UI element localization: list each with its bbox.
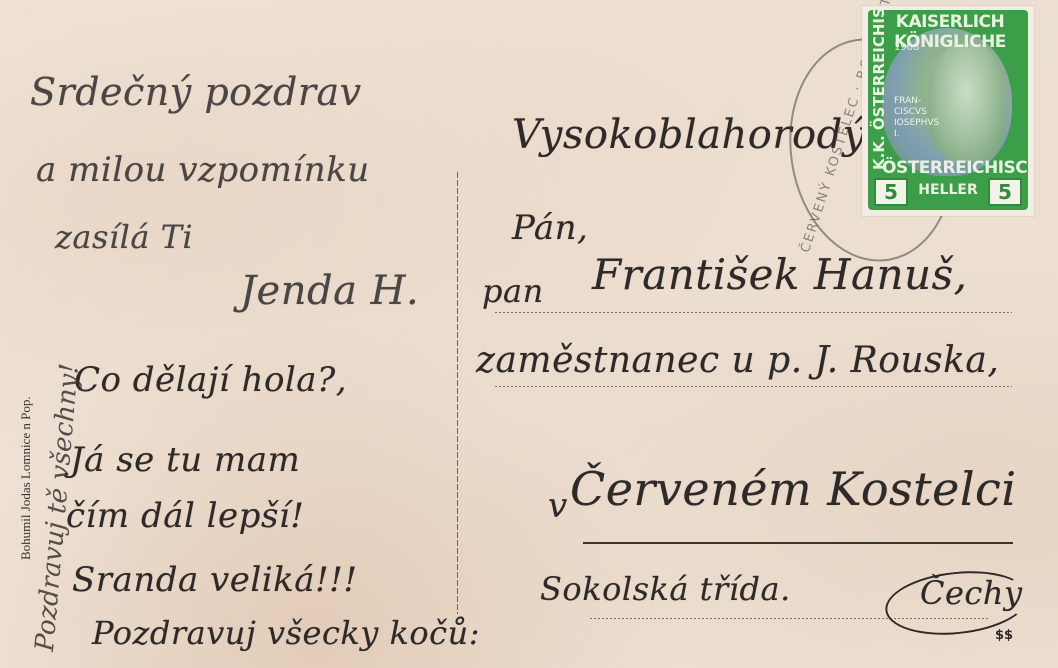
publisher-imprint: Bohumil Jodas Lomnice n Pop. (18, 396, 34, 560)
message-line-5: Co dělají hola?, (74, 360, 347, 400)
message-line-3: zasílá Ti (55, 218, 193, 256)
address-line-2 (495, 386, 1012, 387)
message-line-6: Já se tu mam (70, 440, 300, 480)
address-town: Červeném Kostelci (570, 462, 1017, 516)
message-signature: Jenda H. (240, 268, 419, 314)
stamp-design: KAISERLICH KÖNIGLICHE K.K. ÖSTERREICHISC… (868, 10, 1028, 210)
message-line-7: čím dál lepší! (66, 496, 304, 536)
address-name: František Hanuš, (592, 250, 968, 299)
address-country: Čechy (920, 574, 1023, 612)
message-line-9: Pozdravuj všecky kočů: (92, 614, 480, 652)
stamp-inscription-left: K.K. ÖSTERREICHISCHE POST (870, 10, 888, 170)
address-occupation: zaměstnanec u p. J. Rouska, (476, 340, 999, 381)
address-line-1 (495, 312, 1012, 313)
stamp-value-left: 5 (874, 178, 908, 206)
center-divider (457, 172, 458, 614)
address-town-prefix: v (548, 486, 568, 526)
postage-stamp: KAISERLICH KÖNIGLICHE K.K. ÖSTERREICHISC… (862, 6, 1034, 216)
message-line-1: Srdečný pozdrav (30, 70, 362, 114)
stamp-portrait-name: FRAN- CISCVS IOSEPHVS I. (894, 96, 944, 140)
message-line-8: Sranda veliká!!! (72, 560, 358, 600)
address-prefix: pan (482, 272, 544, 310)
stamp-currency: HELLER (910, 182, 986, 198)
address-street: Sokolská třída. (540, 570, 791, 608)
stamp-year: 1908 (894, 42, 919, 53)
stamp-value-right: 5 (988, 178, 1022, 206)
message-line-2: a milou vzpomínku (36, 150, 370, 190)
printer-mark: $$ (995, 628, 1013, 643)
address-underline (583, 542, 1013, 544)
stamp-inscription-bottom: ÖSTERREICHISCHE (882, 158, 1022, 178)
address-title: Pán, (512, 208, 588, 248)
